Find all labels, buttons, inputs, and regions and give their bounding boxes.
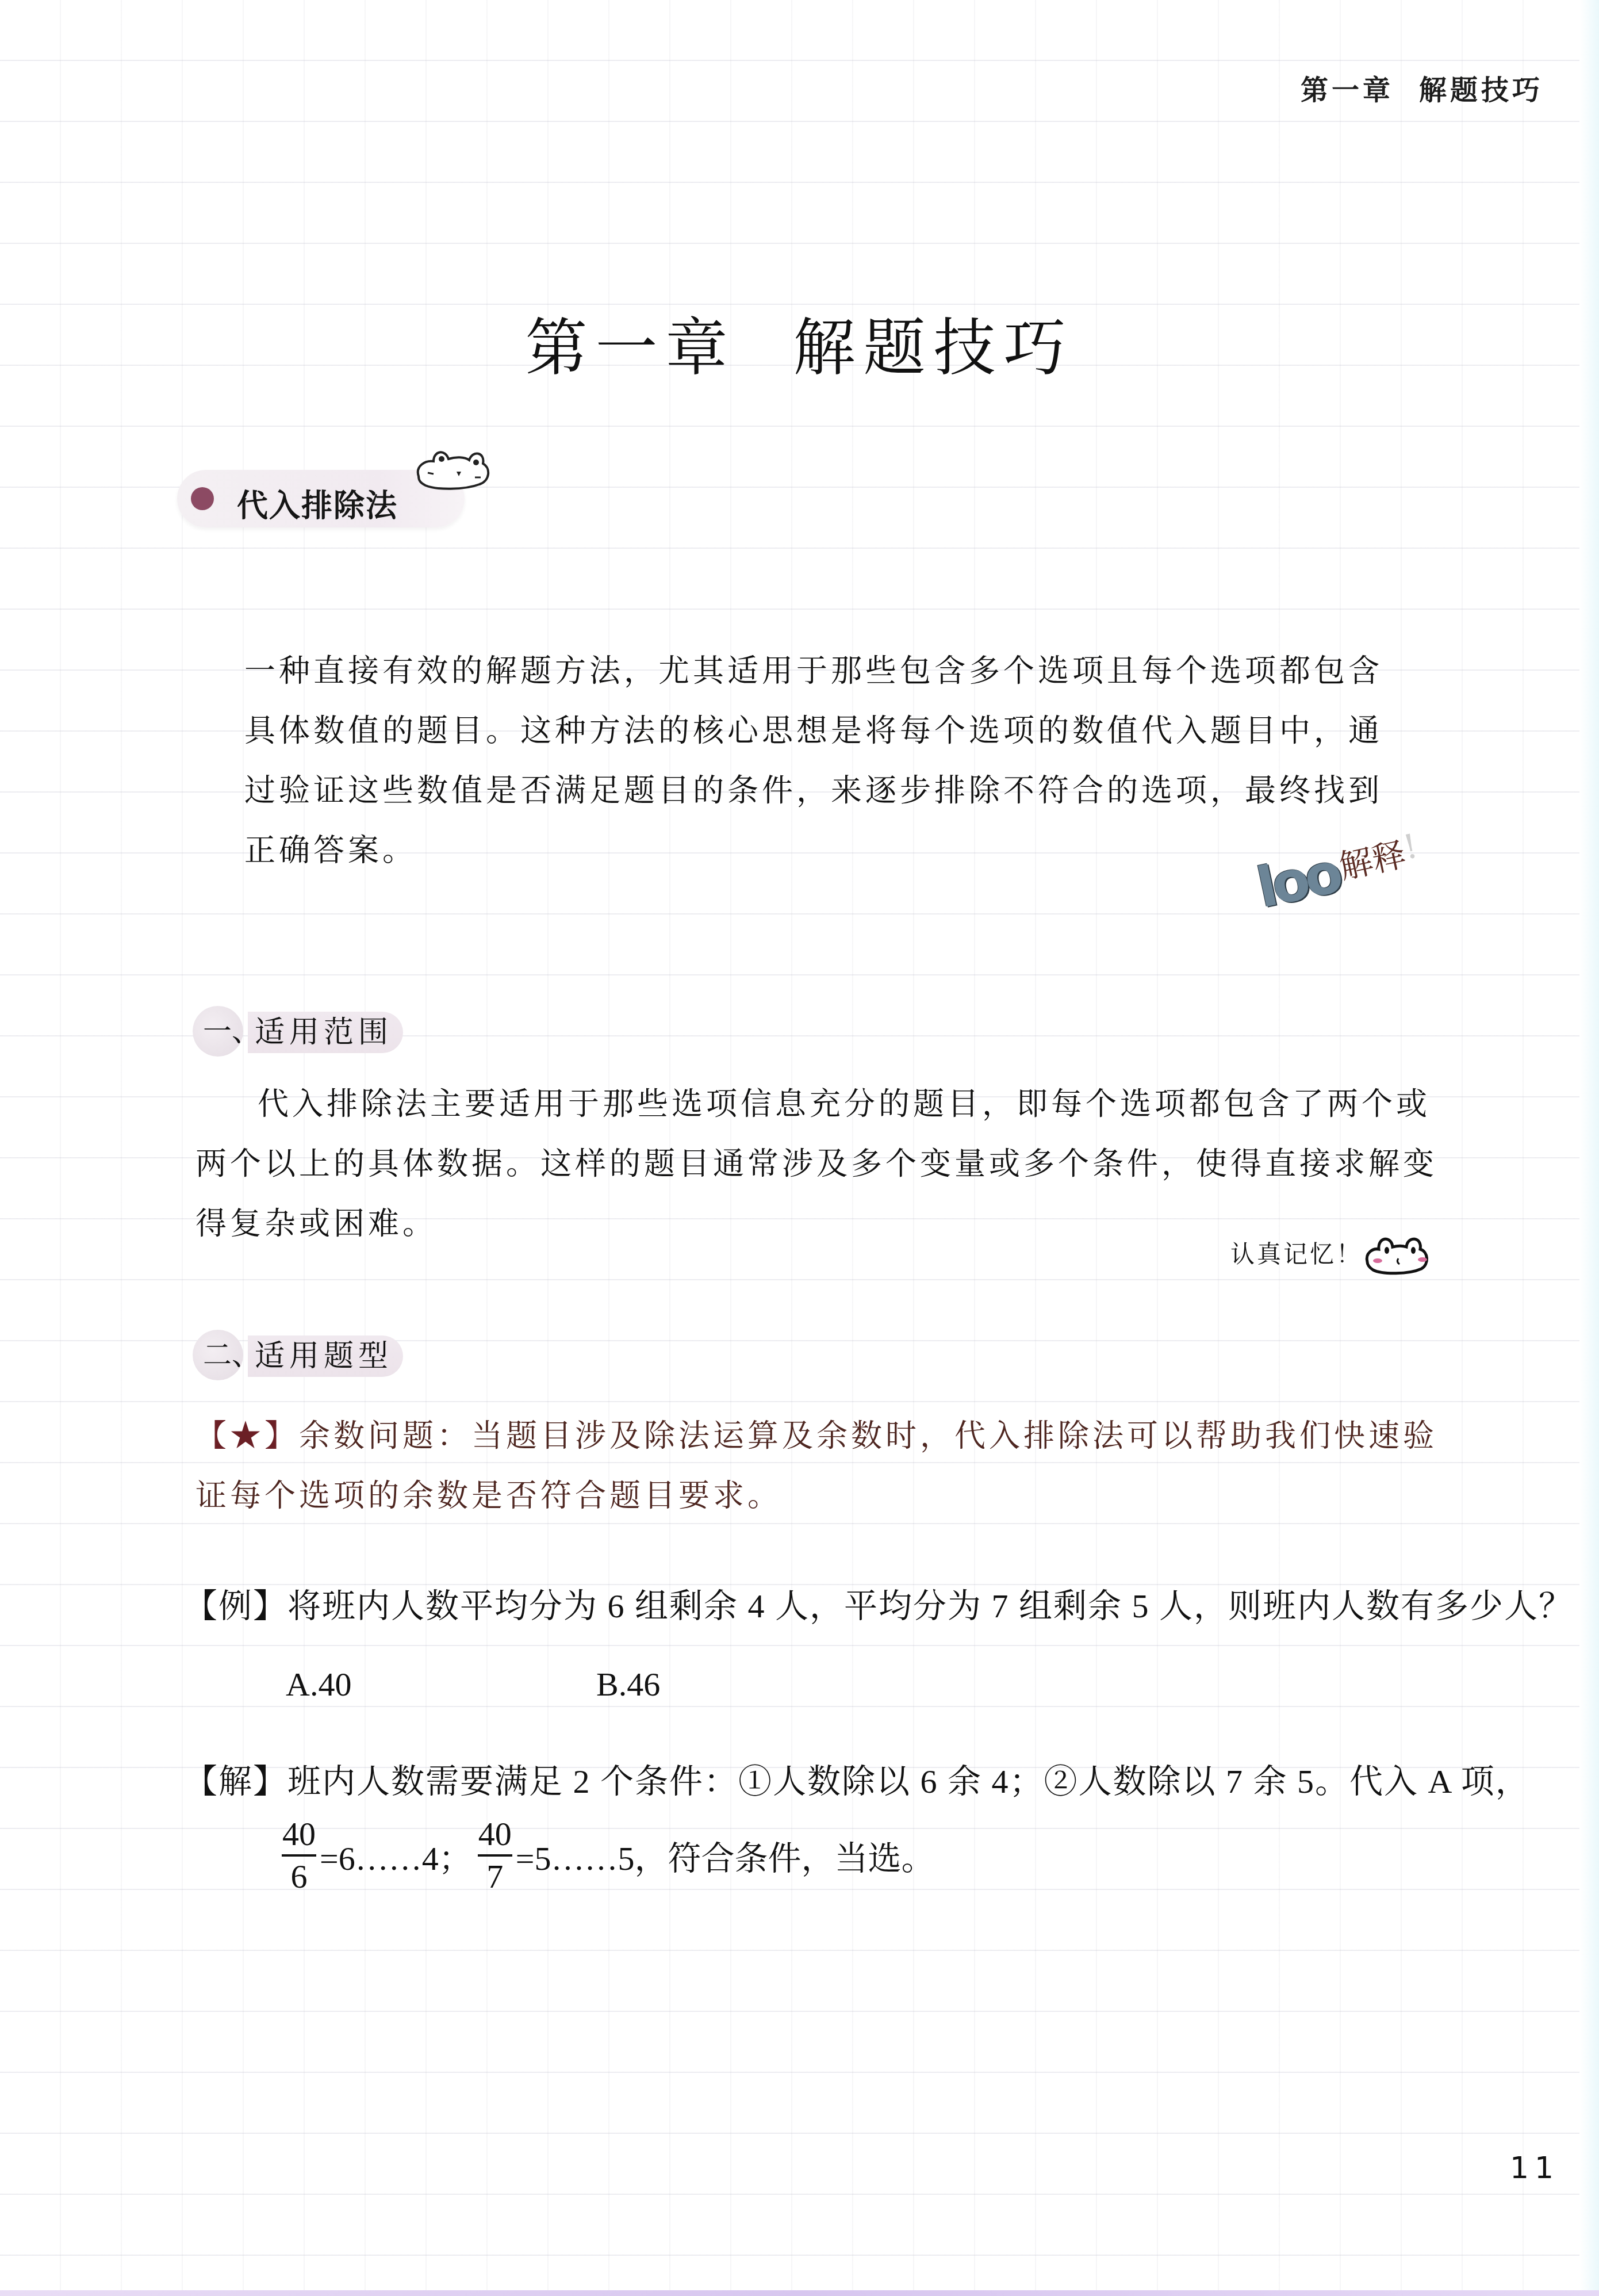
- option-a: A.40: [286, 1665, 351, 1704]
- example-label: 【例】: [184, 1587, 287, 1625]
- example-question: 【例】将班内人数平均分为 6 组剩余 4 人，平均分为 7 组剩余 5 人，则班…: [184, 1579, 1573, 1627]
- example-solution: 【解】班内人数需要满足 2 个条件：①人数除以 6 余 4；②人数除以 7 余 …: [184, 1754, 1530, 1803]
- chapter-title: 第一章解题技巧: [0, 298, 1599, 387]
- subsection-heading-2: 二、 适用题型: [193, 1332, 434, 1378]
- solution-label: 【解】: [184, 1763, 287, 1800]
- option-b: B.46: [596, 1665, 660, 1704]
- page-number: 11: [1510, 2151, 1559, 2186]
- fraction-bar: [478, 1854, 512, 1857]
- remainder-problem-text: 余数问题：当题目涉及除法运算及余数时，代入排除法可以帮助我们快速验证每个选项的余…: [195, 1418, 1437, 1514]
- running-head: 第一章解题技巧: [1301, 68, 1543, 108]
- chapter-number: 第一章: [525, 312, 735, 384]
- frog-sticker-icon: [1363, 1230, 1432, 1276]
- fraction-1: 40 6: [282, 1816, 316, 1895]
- page-edge-bottom: [0, 2290, 1599, 2296]
- fraction-1-numerator: 40: [282, 1816, 316, 1852]
- scope-paragraph: 代入排除法主要适用于那些选项信息充分的题目，即每个选项都包含了两个或两个以上的具…: [195, 1074, 1449, 1254]
- remainder-problem-paragraph: 【★】余数问题：当题目涉及除法运算及余数时，代入排除法可以帮助我们快速验证每个选…: [195, 1406, 1449, 1526]
- fraction-2-denominator: 7: [486, 1859, 503, 1895]
- subsection-number: 二、: [193, 1330, 243, 1380]
- frog-sticker-icon: [413, 443, 493, 495]
- fraction-1-denominator: 6: [291, 1859, 308, 1895]
- fraction-2: 40 7: [478, 1816, 512, 1895]
- result-2: =5……5，符合条件，当选。: [516, 1831, 935, 1880]
- chapter-name: 解题技巧: [793, 312, 1074, 384]
- subsection-title: 适用题型: [255, 1335, 393, 1377]
- section-intro-paragraph: 一种直接有效的解题方法，尤其适用于那些包含多个选项且每个选项都包含具体数值的题目…: [244, 641, 1383, 881]
- result-1: =6……4；: [320, 1831, 472, 1880]
- running-head-chapter: 第一章: [1301, 74, 1394, 106]
- subsection-heading-1: 一、 适用范围: [193, 1008, 434, 1054]
- solution-calculation: 40 6 =6……4； 40 7 =5……5，符合条件，当选。: [282, 1816, 934, 1895]
- fraction-bar: [282, 1854, 316, 1857]
- fraction-2-numerator: 40: [478, 1816, 512, 1852]
- star-marker-icon: 【★】: [195, 1418, 299, 1454]
- solution-text: 班内人数需要满足 2 个条件：①人数除以 6 余 4；②人数除以 7 余 5。代…: [287, 1763, 1530, 1800]
- bullet-dot-icon: [191, 487, 214, 510]
- section-title: 代入排除法: [237, 481, 398, 526]
- running-head-title: 解题技巧: [1419, 74, 1543, 106]
- example-question-text: 将班内人数平均分为 6 组剩余 4 人，平均分为 7 组剩余 5 人，则班内人数…: [287, 1587, 1573, 1625]
- subsection-title: 适用范围: [255, 1012, 393, 1053]
- subsection-number: 一、: [193, 1006, 243, 1057]
- remember-note: 认真记忆！: [1230, 1235, 1363, 1270]
